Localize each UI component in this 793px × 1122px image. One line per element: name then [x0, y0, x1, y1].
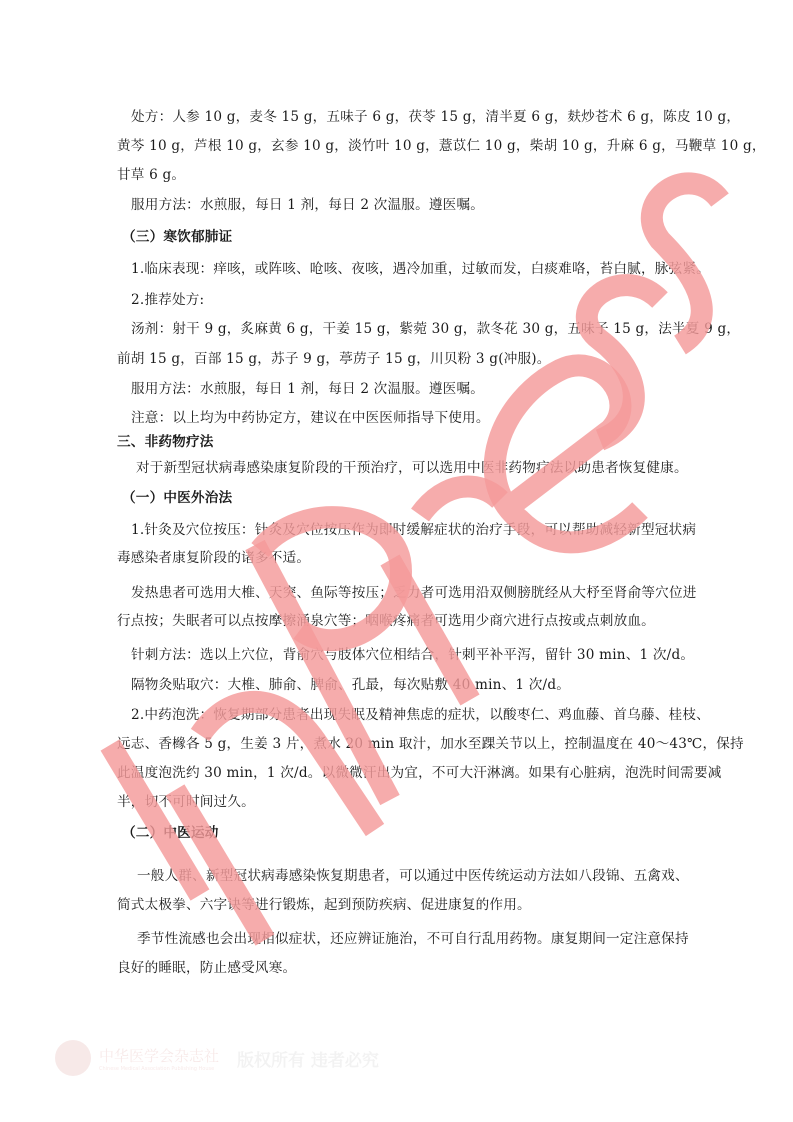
text-line: 行点按；失眠者可以点按摩擦涌泉穴等；咽喉疼痛者可选用少商穴进行点按或点刺放血。: [117, 612, 707, 630]
publisher-name-cn: 中华医学会杂志社: [99, 1045, 219, 1066]
text-line: 远志、香橼各 5 g，生姜 3 片，煮水 20 min 取汁，加水至踝关节以上，…: [117, 735, 707, 753]
section-heading: 三、非药物疗法: [117, 433, 707, 451]
text-line: 季节性流感也会出现相似症状，还应辨证施治，不可自行乱用药物。康复期间一定注意保持: [137, 930, 727, 948]
text-line: 1.临床表现：痒咳，或阵咳、呛咳、夜咳，遇冷加重，过敏而发，白痰难咯，苔白腻，脉…: [131, 260, 721, 278]
text-line: 针刺方法：选以上穴位，背俞穴与肢体穴位相结合，针刺平补平泻，留针 30 min、…: [131, 646, 721, 664]
text-line: 注意：以上均为中药协定方，建议在中医医师指导下使用。: [131, 409, 721, 427]
publisher-name-en: Chinese Medical Association Publishing H…: [99, 1066, 219, 1072]
text-line: 发热患者可选用大椎、天突、鱼际等按压；乏力者可选用沿双侧膀胱经从大杼至肾俞等穴位…: [131, 584, 721, 602]
text-line: 毒感染者康复阶段的诸多不适。: [117, 549, 707, 567]
publisher-flower-icon: [55, 1040, 91, 1076]
text-line: 服用方法：水煎服，每日 1 剂，每日 2 次温服。遵医嘱。: [131, 380, 721, 398]
text-line: 一般人群、新型冠状病毒感染恢复期患者，可以通过中医传统运动方法如八段锦、五禽戏、: [137, 867, 727, 885]
text-line: 2.中药泡洗：恢复期部分患者出现失眠及精神焦虑的症状，以酸枣仁、鸡血藤、首乌藤、…: [131, 706, 721, 724]
section-heading: （二）中医运动: [122, 824, 712, 842]
publisher-logo: 中华医学会杂志社 Chinese Medical Association Pub…: [55, 1040, 379, 1076]
text-line: 前胡 15 g，百部 15 g，苏子 9 g，葶苈子 15 g，川贝粉 3 g(…: [117, 350, 707, 368]
text-line: 服用方法：水煎服，每日 1 剂，每日 2 次温服。遵医嘱。: [131, 196, 721, 214]
text-line: 汤剂：射干 9 g，炙麻黄 6 g，干姜 15 g，紫菀 30 g，款冬花 30…: [131, 320, 721, 338]
section-heading: （三）寒饮郁肺证: [122, 228, 712, 246]
text-line: 甘草 6 g。: [117, 166, 707, 184]
text-line: 良好的睡眠，防止感受风寒。: [117, 959, 707, 977]
text-line: 对于新型冠状病毒感染康复阶段的干预治疗，可以选用中医非药物疗法以助患者恢复健康。: [136, 459, 726, 477]
copyright-notice: 版权所有 违者必究: [237, 1046, 379, 1071]
text-line: 2.推荐处方:: [131, 291, 721, 309]
text-line: 隔物灸贴取穴：大椎、肺俞、脾俞、孔最，每次贴敷 40 min、1 次/d。: [131, 676, 721, 694]
document-page: 处方：人参 10 g，麦冬 15 g，五味子 6 g，茯苓 15 g，清半夏 6…: [0, 0, 793, 1122]
text-line: 半，切不可时间过久。: [117, 793, 707, 811]
text-line: 简式太极拳、六字诀等进行锻炼，起到预防疾病、促进康复的作用。: [117, 896, 707, 914]
text-line: 此温度泡洗约 30 min，1 次/d。以微微汗出为宜，不可大汗淋漓。如果有心脏…: [117, 764, 707, 782]
text-line: 1.针灸及穴位按压：针灸及穴位按压作为即时缓解症状的治疗手段，可以帮助减轻新型冠…: [131, 521, 721, 539]
section-heading: （一）中医外治法: [122, 489, 712, 507]
text-line: 黄芩 10 g，芦根 10 g，玄参 10 g，淡竹叶 10 g，薏苡仁 10 …: [117, 137, 707, 155]
text-line: 处方：人参 10 g，麦冬 15 g，五味子 6 g，茯苓 15 g，清半夏 6…: [131, 108, 721, 126]
